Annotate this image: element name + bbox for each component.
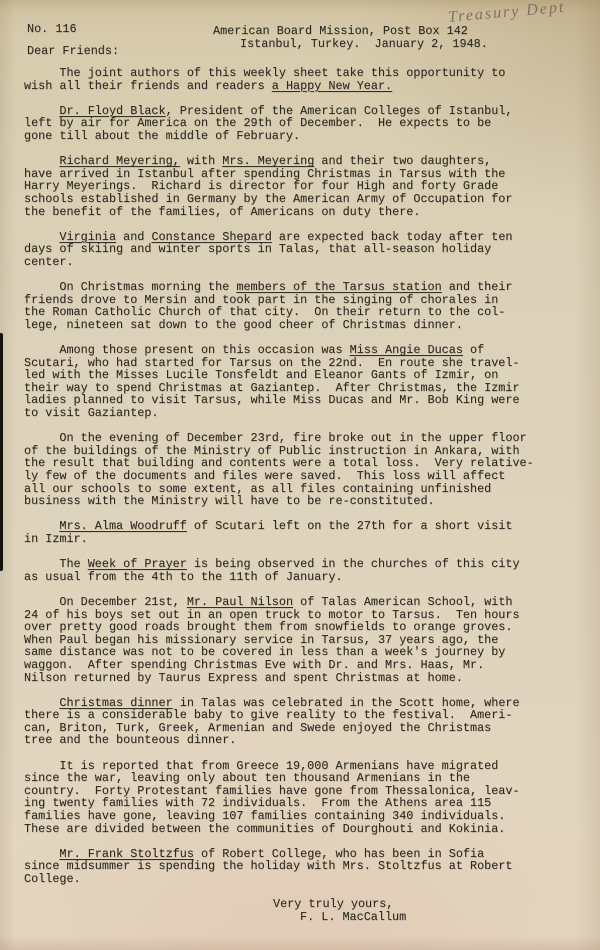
letter-text: business with the Ministry will have to …	[24, 494, 435, 508]
letter-text: College.	[24, 872, 81, 886]
letter-line: as usual from the 4th to the 11th of Jan…	[24, 571, 584, 584]
letter-text: These are divided between the communitie…	[24, 822, 505, 836]
letter-text: center.	[24, 255, 74, 269]
letter-text: Nilson returned by Taurus Express and sp…	[24, 671, 463, 685]
letter-body: The joint authors of this weekly sheet t…	[24, 67, 584, 923]
letter-text: days of skiing and winter sports in Tala…	[24, 242, 491, 256]
letterhead-line2: Istanbul, Turkey. January 2, 1948.	[240, 38, 488, 51]
letter-line: lege, nineteen sat down to the good chee…	[24, 319, 584, 332]
paragraph: Mrs. Alma Woodruff of Scutari left on th…	[24, 520, 584, 545]
letter-line: center.	[24, 256, 584, 269]
letter-text: tree and the bounteous dinner.	[24, 733, 236, 747]
paragraph: Dr. Floyd Black, President of the Americ…	[24, 105, 584, 143]
letter-text: to visit Gaziantep.	[24, 406, 159, 420]
letter-line: since midsummer is spending the holiday …	[24, 860, 584, 873]
paragraph: It is reported that from Greece 19,000 A…	[24, 760, 584, 836]
scan-edge-artifact	[0, 333, 3, 571]
underlined-text: a Happy New Year.	[272, 79, 392, 93]
signature-name: F. L. MacCallum	[24, 911, 584, 924]
handwritten-stamp: Treasury Dept	[448, 0, 600, 27]
letter-line: tree and the bounteous dinner.	[24, 734, 584, 747]
letter-line: gone till about the middle of February.	[24, 130, 584, 143]
letter-text: as usual from the 4th to the 11th of Jan…	[24, 570, 343, 584]
letter-text: gone till about the middle of February.	[24, 129, 300, 143]
letter-line: to visit Gaziantep.	[24, 407, 584, 420]
letter-line: in Izmir.	[24, 533, 584, 546]
letter-text: of Scutari left on the 27th for a short …	[187, 519, 513, 533]
letter-line: days of skiing and winter sports in Tala…	[24, 243, 584, 256]
paragraph: Virginia and Constance Shepard are expec…	[24, 231, 584, 269]
letter-text: the benefit of the families, of American…	[24, 205, 420, 219]
paragraph: On Christmas morning the members of the …	[24, 281, 584, 331]
paragraph: On December 21st, Mr. Paul Nilson of Tal…	[24, 596, 584, 684]
paragraph: On the evening of December 23rd, fire br…	[24, 432, 584, 508]
letter-text: since midsummer is spending the holiday …	[24, 859, 512, 873]
document-number: No. 116	[27, 23, 77, 36]
letter-text: in Izmir.	[24, 532, 88, 546]
closing-phrase: Very truly yours,	[24, 898, 584, 911]
paragraph: The Week of Prayer is being observed in …	[24, 558, 584, 583]
letter-line: College.	[24, 873, 584, 886]
letter-text: wish all their friends and readers	[24, 79, 272, 93]
letter-line: Mrs. Alma Woodruff of Scutari left on th…	[24, 520, 584, 533]
letterhead-line1: American Board Mission, Post Box 142	[213, 25, 468, 38]
letter-line: These are divided between the communitie…	[24, 823, 584, 836]
letter-line: business with the Ministry will have to …	[24, 495, 584, 508]
letter-line: wish all their friends and readers a Hap…	[24, 80, 584, 93]
salutation: Dear Friends:	[27, 45, 119, 58]
paragraph: Christmas dinner in Talas was celebrated…	[24, 697, 584, 747]
closing-block: Very truly yours,F. L. MacCallum	[24, 898, 584, 923]
paragraph: Richard Meyering, with Mrs. Meyering and…	[24, 155, 584, 218]
letter-line: the benefit of the families, of American…	[24, 206, 584, 219]
letter-text: lege, nineteen sat down to the good chee…	[24, 318, 463, 332]
letter-page: Treasury Dept No. 116 American Board Mis…	[0, 0, 600, 950]
paragraph: Among those present on this occasion was…	[24, 344, 584, 420]
letter-line: Nilson returned by Taurus Express and sp…	[24, 672, 584, 685]
paragraph: Mr. Frank Stoltzfus of Robert College, w…	[24, 848, 584, 886]
paragraph: The joint authors of this weekly sheet t…	[24, 67, 584, 92]
